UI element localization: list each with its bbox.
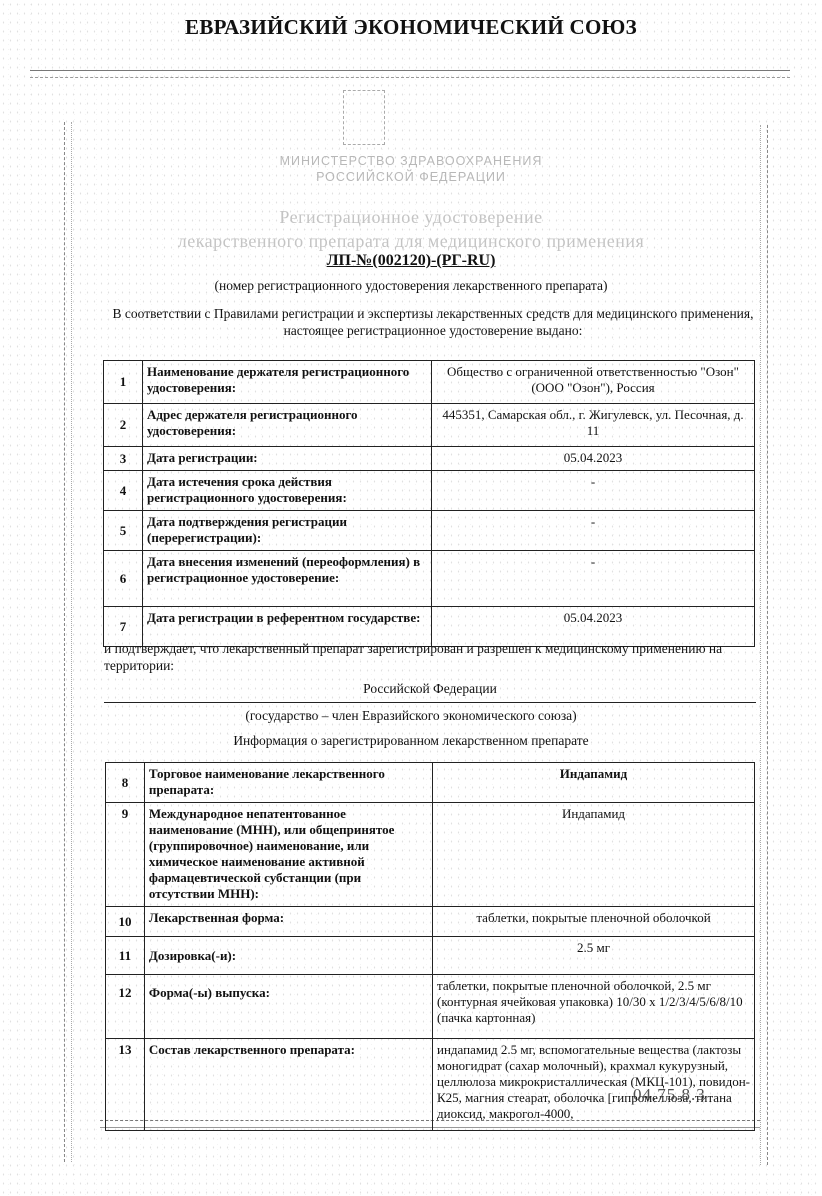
page-stamp: 04.75.8.3 [633,1085,706,1105]
table-row: 1 Наименование держателя регистрационног… [104,361,755,404]
row-label: Адрес держателя регистрационного удостов… [143,404,432,447]
row-label: Состав лекарственного препарата: [144,1039,432,1131]
table-row: 6 Дата внесения изменений (переоформлени… [104,551,755,607]
ministry-line-2: РОССИЙСКОЙ ФЕДЕРАЦИИ [0,169,822,185]
row-value: - [432,471,755,511]
document-title-line-1: Регистрационное удостоверение [0,205,822,229]
row-value: Общество с ограниченной ответственностью… [432,361,755,404]
row-number: 8 [106,763,145,803]
row-label: Форма(-ы) выпуска: [144,975,432,1039]
table-row: 9 Международное непатентованное наименов… [106,803,755,907]
ministry-name: МИНИСТЕРСТВО ЗДРАВООХРАНЕНИЯ РОССИЙСКОЙ … [0,153,822,185]
decorative-frame-top [30,70,790,78]
row-value: индапамид 2.5 мг, вспомогательные вещест… [433,1039,755,1131]
row-label: Лекарственная форма: [144,907,432,937]
row-number: 3 [104,447,143,471]
row-label: Дата внесения изменений (переоформления)… [143,551,432,607]
table-row: 4 Дата истечения срока действия регистра… [104,471,755,511]
row-number: 9 [106,803,145,907]
product-table: 8 Торговое наименование лекарственного п… [105,762,755,1131]
union-title: ЕВРАЗИЙСКИЙ ЭКОНОМИЧЕСКИЙ СОЮЗ [0,15,822,40]
row-value: 2.5 мг [433,937,755,975]
row-number: 5 [104,511,143,551]
table-row: 12 Форма(-ы) выпуска: таблетки, покрытые… [106,975,755,1039]
row-value: 05.04.2023 [432,447,755,471]
emblem-icon [343,90,385,145]
row-number: 1 [104,361,143,404]
registration-number-caption: (номер регистрационного удостоверения ле… [0,278,822,294]
row-value: - [432,551,755,607]
row-label: Международное непатентованное наименован… [144,803,432,907]
row-value: - [432,511,755,551]
table-row: 10 Лекарственная форма: таблетки, покрыт… [106,907,755,937]
confirmation-text: и подтверждает, что лекарственный препар… [104,640,764,674]
row-label: Дозировка(-и): [144,937,432,975]
registration-number: ЛП-№(002120)-(РГ-RU) [0,252,822,270]
row-label: Дата подтверждения регистрации (перереги… [143,511,432,551]
row-label: Дата истечения срока действия регистраци… [143,471,432,511]
territory-caption: (государство – член Евразийского экономи… [0,708,822,724]
row-number: 12 [106,975,145,1039]
row-number: 4 [104,471,143,511]
table-row: 2 Адрес держателя регистрационного удост… [104,404,755,447]
table-row: 11 Дозировка(-и): 2.5 мг [106,937,755,975]
table-row: 8 Торговое наименование лекарственного п… [106,763,755,803]
row-label: Наименование держателя регистрационного … [143,361,432,404]
territory-name: Российской Федерации [104,681,756,703]
intro-text: В соответствии с Правилами регистрации и… [108,305,758,339]
product-info-heading: Информация о зарегистрированном лекарств… [0,733,822,749]
row-number: 10 [106,907,145,937]
row-number: 6 [104,551,143,607]
row-number: 11 [106,937,145,975]
row-value: Индапамид [433,803,755,907]
row-value: таблетки, покрытые пленочной оболочкой, … [433,975,755,1039]
table-row: 5 Дата подтверждения регистрации (перере… [104,511,755,551]
table-row: 3 Дата регистрации: 05.04.2023 [104,447,755,471]
holder-table: 1 Наименование держателя регистрационног… [103,360,755,647]
row-value: 445351, Самарская обл., г. Жигулевск, ул… [432,404,755,447]
row-label: Торговое наименование лекарственного пре… [144,763,432,803]
row-number: 2 [104,404,143,447]
ministry-line-1: МИНИСТЕРСТВО ЗДРАВООХРАНЕНИЯ [0,153,822,169]
row-number: 13 [106,1039,145,1131]
row-value: таблетки, покрытые пленочной оболочкой [433,907,755,937]
row-value: Индапамид [433,763,755,803]
document-title: Регистрационное удостоверение лекарствен… [0,205,822,253]
row-label: Дата регистрации: [143,447,432,471]
document-title-line-2: лекарственного препарата для медицинског… [0,229,822,253]
